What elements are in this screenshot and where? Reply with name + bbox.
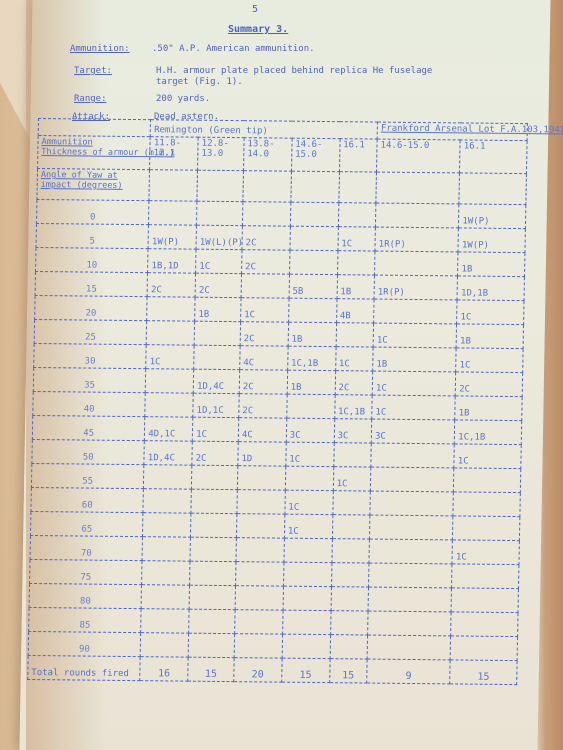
angle-cell: 10: [36, 247, 149, 272]
angle-cell: 0: [36, 200, 149, 225]
angle-cell: 30: [34, 343, 147, 368]
result-cell: 1C: [456, 348, 523, 373]
empty-cell: [197, 170, 243, 201]
angle-cell: 20: [35, 295, 148, 320]
result-cell: [189, 609, 235, 633]
angle-cell: 85: [29, 607, 142, 632]
result-cell: [331, 563, 369, 587]
field-label: Target:: [74, 66, 112, 76]
result-cell: 2C: [335, 371, 373, 395]
empty-cell: [291, 171, 339, 202]
thickness-cell: 14.6-15.0: [377, 139, 461, 173]
result-cell: 1D,4C: [193, 369, 239, 393]
result-cell: [453, 492, 520, 517]
result-cell: [330, 611, 368, 635]
results-table: Remington (Green tip) Frankford Arsenal …: [27, 118, 528, 685]
angle-cell: 35: [33, 367, 146, 392]
page-title: Summary 3.: [228, 24, 288, 35]
result-cell: 1C: [372, 395, 456, 420]
table-header-row-thickness: Ammunition Thickness of armour (m.m.) 11…: [38, 136, 528, 174]
result-cell: 1C,1B: [334, 395, 372, 419]
result-cell: [191, 489, 237, 513]
result-cell: 1C,1B: [287, 346, 335, 370]
total-cell: 20: [234, 658, 282, 682]
result-cell: [370, 515, 454, 540]
result-cell: 1D,1C: [193, 393, 239, 417]
result-cell: 1C: [196, 249, 242, 273]
result-cell: [188, 633, 234, 657]
result-cell: [141, 585, 189, 609]
result-cell: [147, 297, 195, 321]
total-label: Total rounds fired: [28, 655, 141, 680]
angle-cell: 45: [32, 415, 145, 440]
field-label: Ammunition:: [70, 44, 130, 54]
angle-cell: 80: [29, 583, 142, 608]
result-cell: 2C: [195, 273, 241, 297]
result-cell: [235, 562, 283, 586]
angle-label: Angle of Yaw at impact (degrees): [37, 169, 150, 201]
result-cell: 1W(P): [148, 225, 196, 249]
result-cell: [450, 636, 517, 661]
result-cell: 1C: [146, 345, 194, 369]
result-cell: [237, 466, 285, 490]
result-cell: [144, 465, 192, 489]
result-cell: 1W(L)(P): [196, 225, 242, 249]
result-cell: [451, 588, 518, 613]
result-cell: [197, 201, 243, 225]
angle-cell: 70: [30, 535, 143, 560]
result-cell: 1C: [338, 227, 376, 251]
total-cell: 15: [329, 659, 367, 683]
field-value: .50" A.P. American ammunition.: [152, 44, 315, 54]
result-cell: 1B: [288, 322, 336, 346]
result-cell: [142, 561, 190, 585]
result-cell: [146, 321, 194, 345]
result-cell: [285, 466, 333, 490]
result-cell: [367, 635, 451, 660]
field-value: H.H. armour plate placed behind replica …: [156, 66, 432, 76]
result-cell: [333, 443, 371, 467]
result-cell: [338, 203, 376, 227]
page-number: 5: [252, 4, 258, 15]
thickness-cell: 16.1: [460, 140, 527, 174]
result-cell: 1C: [335, 347, 373, 371]
result-cell: [375, 251, 459, 276]
field-value: 200 yards.: [156, 94, 210, 104]
result-cell: [332, 515, 370, 539]
angle-cell: 60: [31, 487, 144, 512]
result-cell: [194, 321, 240, 345]
result-cell: [374, 299, 458, 324]
thickness-cell: 14.6-15.0: [291, 138, 339, 171]
result-cell: [143, 513, 191, 537]
result-cell: 2C: [240, 322, 288, 346]
result-cell: [190, 561, 236, 585]
result-cell: [368, 611, 452, 636]
result-cell: [369, 563, 453, 588]
result-cell: [453, 516, 520, 541]
result-cell: 4C: [240, 346, 288, 370]
result-cell: [376, 203, 460, 228]
result-cell: [287, 394, 335, 418]
corner-cell: [38, 119, 151, 137]
thickness-label: Thickness of armour (m.m.): [41, 147, 147, 158]
angle-cell: 40: [33, 391, 146, 416]
result-cell: [191, 513, 237, 537]
result-cell: [336, 323, 374, 347]
angle-cell: 25: [34, 319, 147, 344]
corner-label: Ammunition Thickness of armour (m.m.): [38, 136, 151, 170]
result-cell: 2C: [241, 250, 289, 274]
result-cell: [241, 274, 289, 298]
result-cell: 1C: [333, 467, 371, 491]
result-cell: [283, 586, 331, 610]
result-cell: [370, 467, 454, 492]
result-cell: [290, 202, 338, 226]
result-cell: 1C: [457, 300, 524, 325]
result-cell: 4B: [336, 299, 374, 323]
table-body: 01W(P)51W(P)1W(L)(P)2C1C1R(P)1W(P)101B,1…: [28, 200, 526, 661]
result-cell: [290, 226, 338, 250]
field-value-line2: target (Fig. 1).: [156, 77, 243, 87]
thickness-cell: 11.8-12.1: [150, 137, 198, 170]
result-cell: 1C: [286, 442, 334, 466]
thickness-cell: 16.1: [339, 139, 377, 172]
result-cell: [369, 539, 453, 564]
result-cell: 2C: [239, 394, 287, 418]
result-cell: [370, 491, 454, 516]
result-cell: [235, 610, 283, 634]
result-cell: [145, 393, 193, 417]
result-cell: [333, 491, 371, 515]
result-cell: 3C: [286, 418, 334, 442]
total-cell: 16: [140, 657, 188, 681]
result-cell: [332, 539, 370, 563]
result-cell: [192, 465, 238, 489]
result-cell: 4D,1C: [145, 417, 193, 441]
total-cell: 15: [281, 658, 329, 682]
result-cell: [242, 202, 290, 226]
result-cell: [371, 443, 455, 468]
angle-cell: 55: [31, 463, 144, 488]
field-label: Range:: [74, 94, 107, 104]
result-cell: [452, 564, 519, 589]
empty-cell: [339, 172, 377, 203]
result-cell: 1R(P): [375, 227, 459, 252]
result-cell: [330, 635, 368, 659]
result-cell: [234, 634, 282, 658]
result-cell: 2C: [242, 226, 290, 250]
result-cell: 1C: [192, 417, 238, 441]
result-cell: [288, 298, 336, 322]
table-header-row-angle: Angle of Yaw at impact (degrees): [37, 169, 527, 205]
result-cell: 1B: [458, 252, 525, 277]
angle-cell: 50: [32, 439, 145, 464]
result-cell: 4C: [238, 418, 286, 442]
result-cell: [454, 468, 521, 493]
result-cell: [283, 562, 331, 586]
result-cell: [146, 369, 194, 393]
result-cell: 1D,4C: [144, 441, 192, 465]
result-cell: [194, 345, 240, 369]
result-cell: [141, 609, 189, 633]
empty-cell: [149, 170, 197, 201]
result-cell: 1B,1D: [148, 249, 196, 273]
result-cell: [149, 201, 197, 225]
result-cell: 1B: [287, 370, 335, 394]
result-cell: 1W(P): [458, 228, 525, 253]
result-cell: [189, 585, 235, 609]
total-cell: 9: [367, 659, 451, 684]
result-cell: 1C: [452, 540, 519, 565]
result-cell: 1C: [285, 490, 333, 514]
result-cell: 1D,1B: [457, 276, 524, 301]
thickness-cell: 13.8-14.0: [243, 138, 291, 171]
result-cell: 1C: [373, 323, 457, 348]
result-cell: 1C,1B: [455, 420, 522, 445]
result-cell: 1C: [241, 298, 289, 322]
result-cell: [237, 490, 285, 514]
result-cell: 5B: [289, 274, 337, 298]
result-cell: 2C: [239, 370, 287, 394]
table-row-total: Total rounds fired 16 15 20 15 15 9 15: [28, 655, 517, 684]
result-cell: 1B: [455, 396, 522, 421]
result-cell: 1B: [337, 275, 375, 299]
result-cell: 3C: [371, 419, 455, 444]
angle-cell: 15: [35, 271, 148, 296]
result-cell: 1B: [195, 297, 241, 321]
result-cell: 2C: [456, 372, 523, 397]
result-cell: 2C: [147, 273, 195, 297]
group-header-frankford: Frankford Arsenal Lot F.A.103,1941: [377, 122, 527, 141]
result-cell: 1C: [372, 371, 456, 396]
result-cell: [282, 610, 330, 634]
result-cell: [143, 489, 191, 513]
result-cell: [337, 251, 375, 275]
result-cell: 1R(P): [374, 275, 458, 300]
result-cell: [368, 587, 452, 612]
result-cell: [141, 633, 189, 657]
angle-cell: 65: [30, 511, 143, 536]
result-cell: [236, 538, 284, 562]
total-cell: 15: [188, 657, 234, 681]
result-cell: 1B: [456, 324, 523, 349]
result-cell: [142, 537, 190, 561]
result-cell: [282, 634, 330, 658]
result-cell: 2C: [192, 441, 238, 465]
result-cell: [236, 514, 284, 538]
result-cell: [190, 537, 236, 561]
result-cell: 3C: [334, 419, 372, 443]
result-cell: 1W(P): [459, 204, 526, 229]
empty-cell: [243, 171, 291, 202]
empty-cell: [376, 172, 460, 204]
angle-cell: 90: [28, 631, 141, 656]
result-cell: 1B: [373, 347, 457, 372]
result-cell: 1C: [284, 514, 332, 538]
result-cell: [235, 586, 283, 610]
result-cell: 1D: [238, 442, 286, 466]
result-cell: [284, 538, 332, 562]
total-cell: 15: [450, 660, 517, 685]
result-cell: 1C: [454, 444, 521, 469]
result-cell: [289, 250, 337, 274]
angle-cell: 75: [30, 559, 143, 584]
angle-cell: 5: [36, 223, 149, 248]
result-cell: [331, 587, 369, 611]
thickness-cell: 12.8-13.0: [198, 137, 244, 170]
empty-cell: [459, 173, 526, 205]
result-cell: [451, 612, 518, 637]
